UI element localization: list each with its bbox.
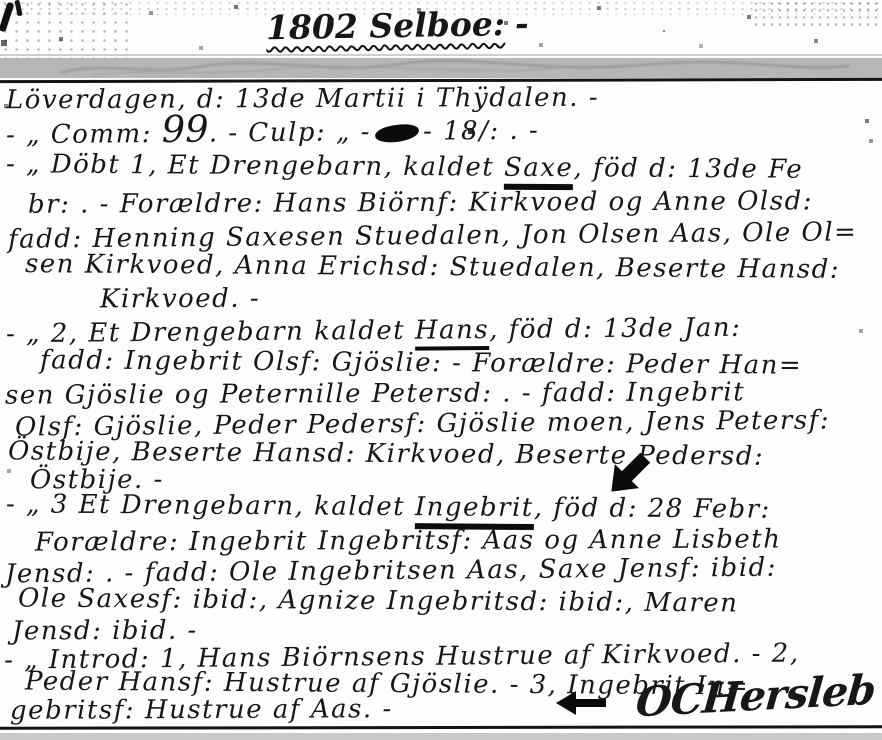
baptism-record-1-line-1: - „ Döbt 1, Et Drengebarn, kaldet Saxe, …	[6, 149, 803, 185]
bottom-ruled-divider	[0, 725, 882, 730]
record-text: gebritsf: Hustrue af Aas. -	[10, 694, 393, 726]
record-text: sen Kirkvoed, Anna Erichsd: Stuedalen, B…	[25, 249, 840, 285]
record-text: br: . - Forældre: Hans Biörnf: Kirkvoed …	[28, 186, 813, 219]
scan-noise-top-right	[752, 0, 882, 30]
stats-line: - „ Comm: 99. - Culp: „ -- 18/: . -	[6, 112, 540, 151]
baptism-record-1-line-4: sen Kirkvoed, Anna Erichsd: Stuedalen, B…	[25, 249, 840, 285]
scan-gray-band-bottom	[0, 733, 882, 740]
baptism-record-2-line-3: sen Gjöslie og Peternille Petersd: . - f…	[5, 377, 745, 410]
stats-tail: - 18/: . -	[423, 116, 539, 147]
page-title-dash: -	[505, 4, 529, 43]
baptism-record-1-line-2: br: . - Forældre: Hans Biörnf: Kirkvoed …	[28, 186, 813, 219]
scan-speckles	[0, 0, 2, 2]
baptism-record-3-line-5: Jensd: ibid. -	[12, 616, 198, 647]
record-text: Jensd: ibid. -	[12, 616, 198, 647]
scan-band-edge	[0, 54, 882, 56]
arrow-left-icon	[556, 690, 608, 720]
ink-blot	[374, 123, 419, 144]
record-text: Ole Saxesf: ibid:, Agnize Ingebritsd: ib…	[18, 583, 739, 618]
communicants-count: 99	[161, 108, 208, 151]
baptism-record-1-line-5: Kirkvoed. -	[100, 284, 260, 315]
record-text: , föd d: 13de Fe	[573, 153, 803, 185]
baptism-record-2-line-2: fadd: Ingebrit Olsf: Gjöslie: - Forældre…	[40, 345, 802, 380]
record-text: , föd d: 13de Jan:	[489, 313, 741, 345]
record-text: - „ 3 Et Drengebarn, kaldet	[6, 489, 415, 522]
date-line-text: Löverdagen, d: 13de Martii i Thÿdalen. -	[6, 83, 599, 116]
stats-comm-label: - „ Comm:	[6, 119, 162, 150]
record-text: Kirkvoed. -	[100, 284, 260, 315]
baptism-record-2-line-1: - „ 2, Et Drengebarn kaldet Hans, föd d:…	[6, 313, 742, 349]
child-name-ingebrit: Ingebrit	[415, 492, 534, 530]
record-text: - „ 2, Et Drengebarn kaldet	[6, 316, 415, 350]
child-name-saxe: Saxe	[504, 153, 574, 190]
page-title: 1802 Selboe:-	[266, 4, 529, 48]
stats-culp-label: . - Culp: „ -	[209, 117, 371, 148]
introductions-line-3: gebritsf: Hustrue af Aas. -	[10, 694, 393, 726]
record-text: fadd: Ingebrit Olsf: Gjöslie: - Forældre…	[40, 345, 802, 380]
record-text: - „ Döbt 1, Et Drengebarn, kaldet	[6, 149, 504, 182]
record-text: , föd d: 28 Febr:	[534, 493, 771, 525]
date-line: Löverdagen, d: 13de Martii i Thÿdalen. -	[6, 83, 599, 116]
baptism-record-3-line-4: Ole Saxesf: ibid:, Agnize Ingebritsd: ib…	[18, 583, 739, 618]
child-name-hans: Hans	[415, 315, 490, 351]
scan-gray-band-top	[0, 58, 882, 78]
baptism-record-3-line-1: - „ 3 Et Drengebarn, kaldet Ingebrit, fö…	[6, 489, 771, 524]
page-title-text: 1802 Selboe:	[266, 4, 506, 47]
top-ruled-divider	[0, 78, 882, 83]
scanned-register-page: 1802 Selboe:- Löverdagen, d: 13de Martii…	[0, 0, 882, 740]
bleedthrough-ghost-writing	[0, 58, 882, 78]
record-text: sen Gjöslie og Peternille Petersd: . - f…	[5, 377, 745, 410]
